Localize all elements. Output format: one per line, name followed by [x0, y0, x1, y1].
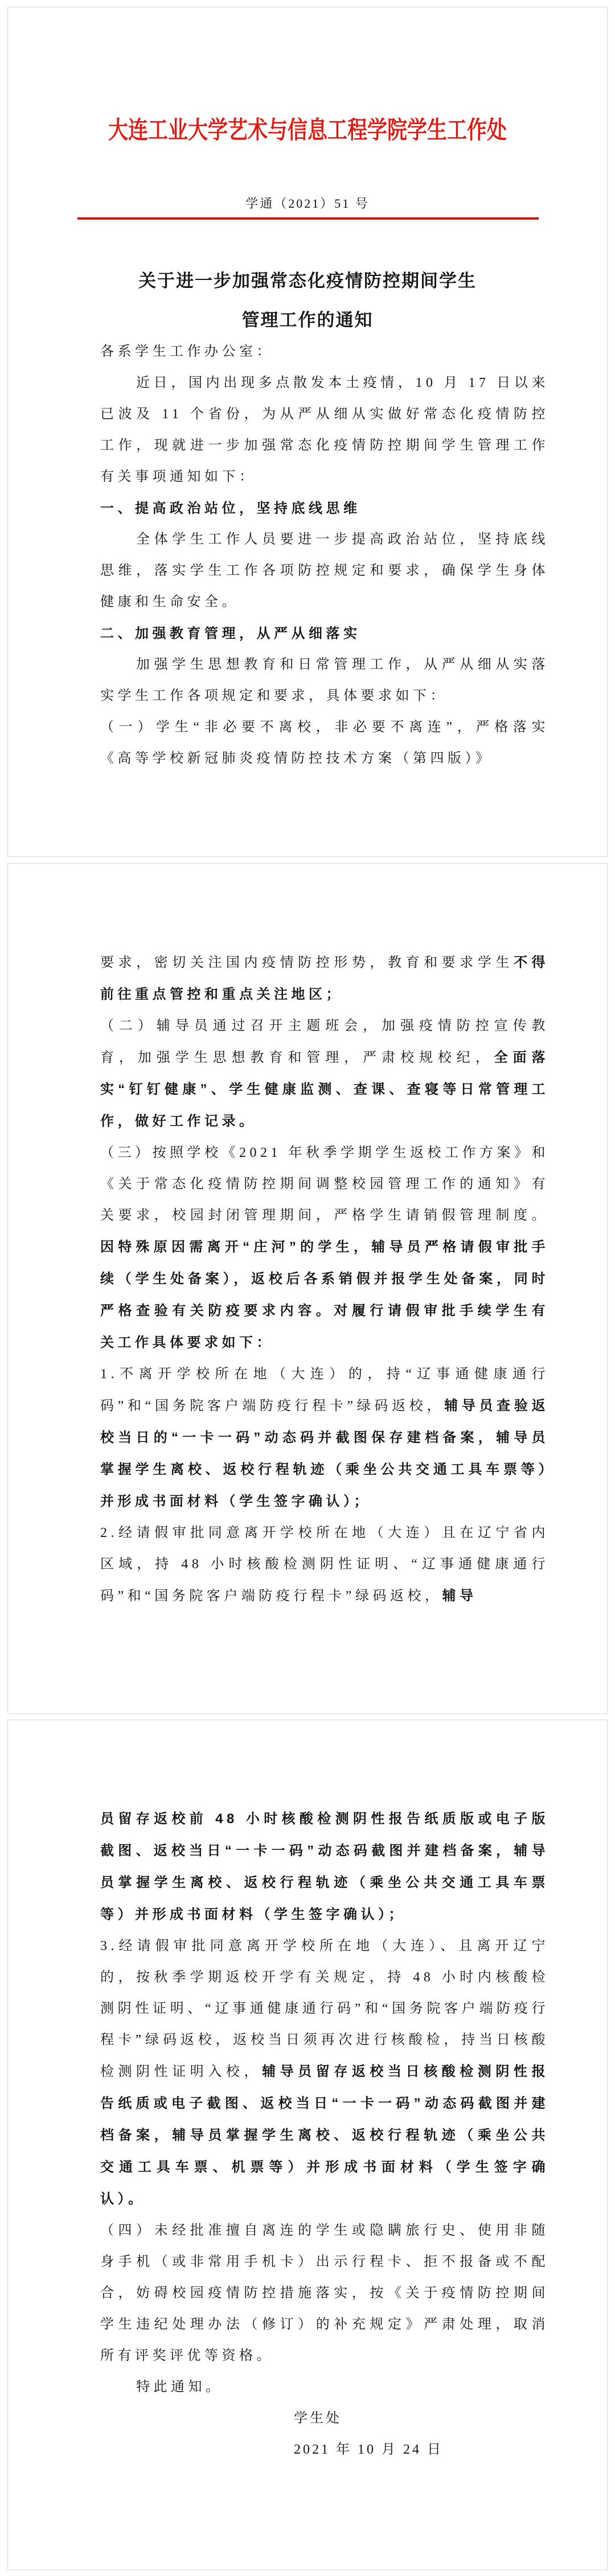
body-text: （一）学生“非必要不离校，非必要不离连”，严格落实《高等学校新冠肺炎疫情防控技术…: [100, 720, 549, 766]
body-text: 各系学生工作办公室：: [100, 344, 274, 359]
page-3: 员留存返校前 48 小时核酸检测阴性报告纸质版或电子版截图、返校当日“一卡一码”…: [7, 1720, 608, 2570]
body-text: （二）辅导员通过召开主题班会，加强疫情防控宣传教育，加强学生思想教育和管理，严肃…: [100, 1019, 549, 1065]
paragraph: 3.经请假审批同意离开学校所在地（大连）、且离开辽宁的，按秋季学期返校开学有关规…: [100, 1931, 549, 2215]
paragraph: （四）未经批准擅自离连的学生或隐瞒旅行史、使用非随身手机（或非常用手机卡）出示行…: [100, 2215, 549, 2372]
notice-title-line1: 关于进一步加强常态化疫情防控期间学生: [8, 261, 607, 300]
document-viewer: { "colors":{ "header_red":"#e3170d", "di…: [0, 0, 615, 2576]
body-text: （三）按照学校《2021 年秋季学期学生返校工作方案》和《关于常态化疫情防控期间…: [100, 1145, 549, 1223]
paragraph: 加强学生思想教育和日常管理工作，从严从细从实落实学生工作各项规定和要求，具体要求…: [100, 649, 549, 712]
page-1: 大连工业大学艺术与信息工程学院学生工作处 学通（2021）51 号 关于进一步加…: [7, 7, 608, 857]
paragraph: （一）学生“非必要不离校，非必要不离连”，严格落实《高等学校新冠肺炎疫情防控技术…: [100, 712, 549, 774]
paragraph: （三）按照学校《2021 年秋季学期学生返校工作方案》和《关于常态化疫情防控期间…: [100, 1137, 549, 1359]
paragraph: 全体学生工作人员要进一步提高政治站位，坚持底线思维，落实学生工作各项防控规定和要…: [100, 524, 549, 618]
paragraph: 近日，国内出现多点散发本土疫情，10 月 17 日以来已波及 11 个省份，为从…: [100, 368, 549, 493]
body-text: 2.经请假审批同意离开学校所在地（大连）且在辽宁省内区域，持 48 小时核酸检测…: [100, 1526, 549, 1604]
section-heading: 二、加强教育管理，从严从细落实: [100, 618, 549, 649]
red-divider: [77, 217, 539, 220]
notice-title: 关于进一步加强常态化疫情防控期间学生 管理工作的通知: [8, 261, 607, 340]
page-2: 要求，密切关注国内疫情防控形势，教育和要求学生不得前往重点管控和重点关注地区；（…: [7, 863, 608, 1714]
org-title: 大连工业大学艺术与信息工程学院学生工作处: [8, 112, 607, 146]
page-3-body: 员留存返校前 48 小时核酸检测阴性报告纸质版或电子版截图、返校当日“一卡一码”…: [100, 1803, 549, 2466]
paragraph: 特此通知。: [100, 2372, 549, 2403]
page-3-paragraphs: 员留存返校前 48 小时核酸检测阴性报告纸质版或电子版截图、返校当日“一卡一码”…: [100, 1803, 549, 2403]
emphasis-text: 因特殊原因需离开“庄河”的学生，辅导员严格请假审批手续（学生处备案），返校后各系…: [100, 1239, 549, 1350]
paragraph: 要求，密切关注国内疫情防控形势，教育和要求学生不得前往重点管控和重点关注地区；: [100, 947, 549, 1011]
page-1-body: 各系学生工作办公室：近日，国内出现多点散发本土疫情，10 月 17 日以来已波及…: [100, 336, 549, 774]
paragraph: 1.不离开学校所在地（大连）的，持“辽事通健康通行码”和“国务院客户端防疫行程卡…: [100, 1359, 549, 1518]
body-text: （四）未经批准擅自离连的学生或隐瞒旅行史、使用非随身手机（或非常用手机卡）出示行…: [100, 2223, 549, 2363]
page-2-body: 要求，密切关注国内疫情防控形势，教育和要求学生不得前往重点管控和重点关注地区；（…: [100, 947, 549, 1612]
signature-block: 学生处 2021 年 10 月 24 日: [294, 2403, 465, 2466]
paragraph: 2.经请假审批同意离开学校所在地（大连）且在辽宁省内区域，持 48 小时核酸检测…: [100, 1518, 549, 1612]
body-text: 特此通知。: [136, 2380, 223, 2394]
body-text: 一、提高政治站位，坚持底线思维: [100, 501, 361, 516]
signature-department: 学生处: [294, 2403, 465, 2434]
body-text: 加强学生思想教育和日常管理工作，从严从细从实落实学生工作各项规定和要求，具体要求…: [100, 657, 549, 703]
emphasis-text: 辅导: [442, 1588, 477, 1604]
body-text: 3.经请假审批同意离开学校所在地（大连）、且离开辽宁的，按秋季学期返校开学有关规…: [100, 1939, 549, 2079]
body-text: 全体学生工作人员要进一步提高政治站位，坚持底线思维，落实学生工作各项防控规定和要…: [100, 532, 549, 609]
paragraph: 各系学生工作办公室：: [100, 336, 549, 368]
signature-date: 2021 年 10 月 24 日: [294, 2434, 465, 2466]
paragraph: 员留存返校前 48 小时核酸检测阴性报告纸质版或电子版截图、返校当日“一卡一码”…: [100, 1803, 549, 1931]
body-text: 二、加强教育管理，从严从细落实: [100, 626, 361, 641]
emphasis-text: 辅导员查验返校当日的“一卡一码”动态码并截图保存建档备案，辅导员掌握学生离校、返…: [100, 1398, 549, 1509]
notice-title-line2: 管理工作的通知: [8, 300, 607, 340]
body-text: 近日，国内出现多点散发本土疫情，10 月 17 日以来已波及 11 个省份，为从…: [100, 376, 549, 484]
doc-number: 学通（2021）51 号: [8, 194, 607, 212]
paragraph: （二）辅导员通过召开主题班会，加强疫情防控宣传教育，加强学生思想教育和管理，严肃…: [100, 1011, 549, 1137]
emphasis-text: 员留存返校前 48 小时核酸检测阴性报告纸质版或电子版截图、返校当日“一卡一码”…: [100, 1811, 549, 1922]
section-heading: 一、提高政治站位，坚持底线思维: [100, 493, 549, 524]
emphasis-text: 辅导员留存返校当日核酸检测阴性报告纸质或电子截图、返校当日“一卡一码”动态码截图…: [100, 2064, 549, 2207]
body-text: 要求，密切关注国内疫情防控形势，教育和要求学生: [100, 955, 514, 970]
